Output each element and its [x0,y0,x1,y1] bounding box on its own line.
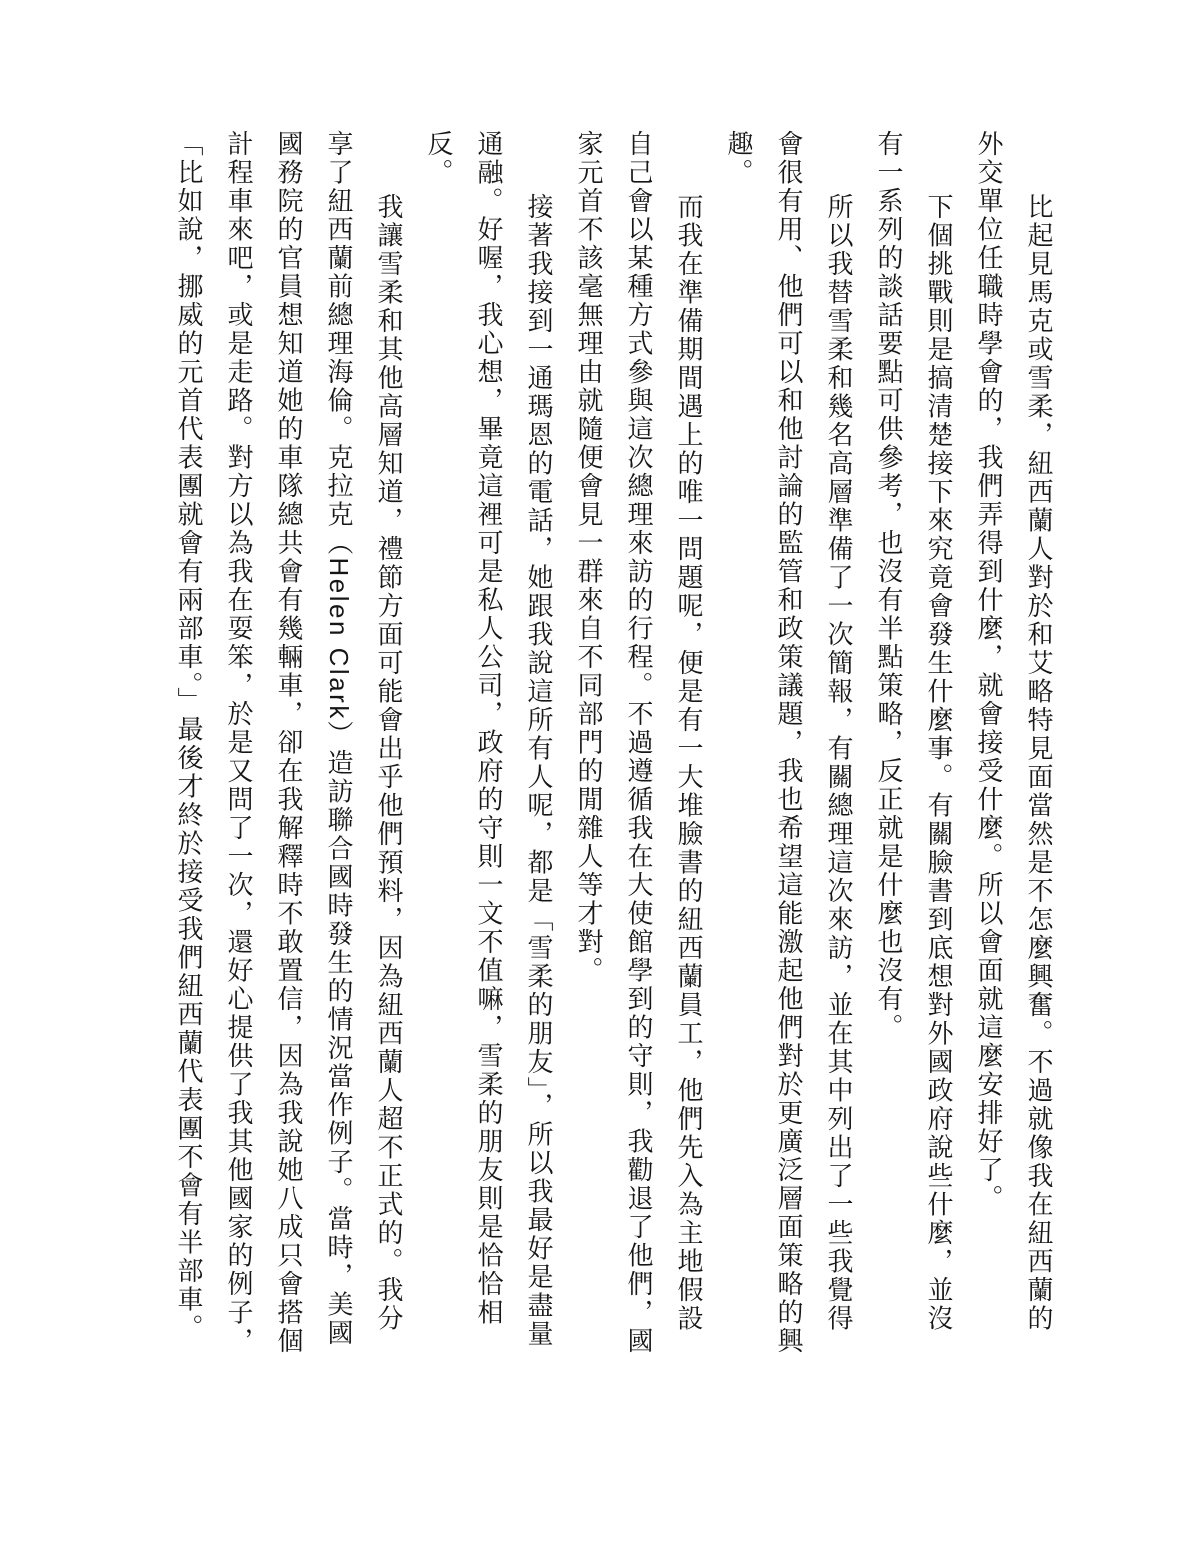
paragraph-2: 下個挑戰則是搞清楚接下來究竟會發生什麼事。有關臉書到底想對外國政府說些什麼，並沒… [864,130,964,1356]
vertical-text-block: 比起見馬克或雪柔，紐西蘭人對於和艾略特見面當然是不怎麼興奮。不過就像我在紐西蘭的… [164,130,1064,1356]
paragraph-5: 接著我接到一通瑪恩的電話，她跟我說這所有人呢，都是「雪柔的朋友」，所以我最好是盡… [414,130,564,1356]
paragraph-4: 而我在準備期間遇上的唯一問題呢，便是有一大堆臉書的紐西蘭員工，他們先入為主地假設… [564,130,714,1356]
paragraph-1: 比起見馬克或雪柔，紐西蘭人對於和艾略特見面當然是不怎麼興奮。不過就像我在紐西蘭的… [964,130,1064,1356]
book-page: 比起見馬克或雪柔，紐西蘭人對於和艾略特見面當然是不怎麼興奮。不過就像我在紐西蘭的… [0,0,1200,1552]
paragraph-3: 所以我替雪柔和幾名高層準備了一次簡報，有關總理這次來訪，並在其中列出了一些我覺得… [714,130,864,1356]
paragraph-6: 我讓雪柔和其他高層知道，禮節方面可能會出乎他們預料，因為紐西蘭人超不正式的。我分… [164,130,414,1356]
